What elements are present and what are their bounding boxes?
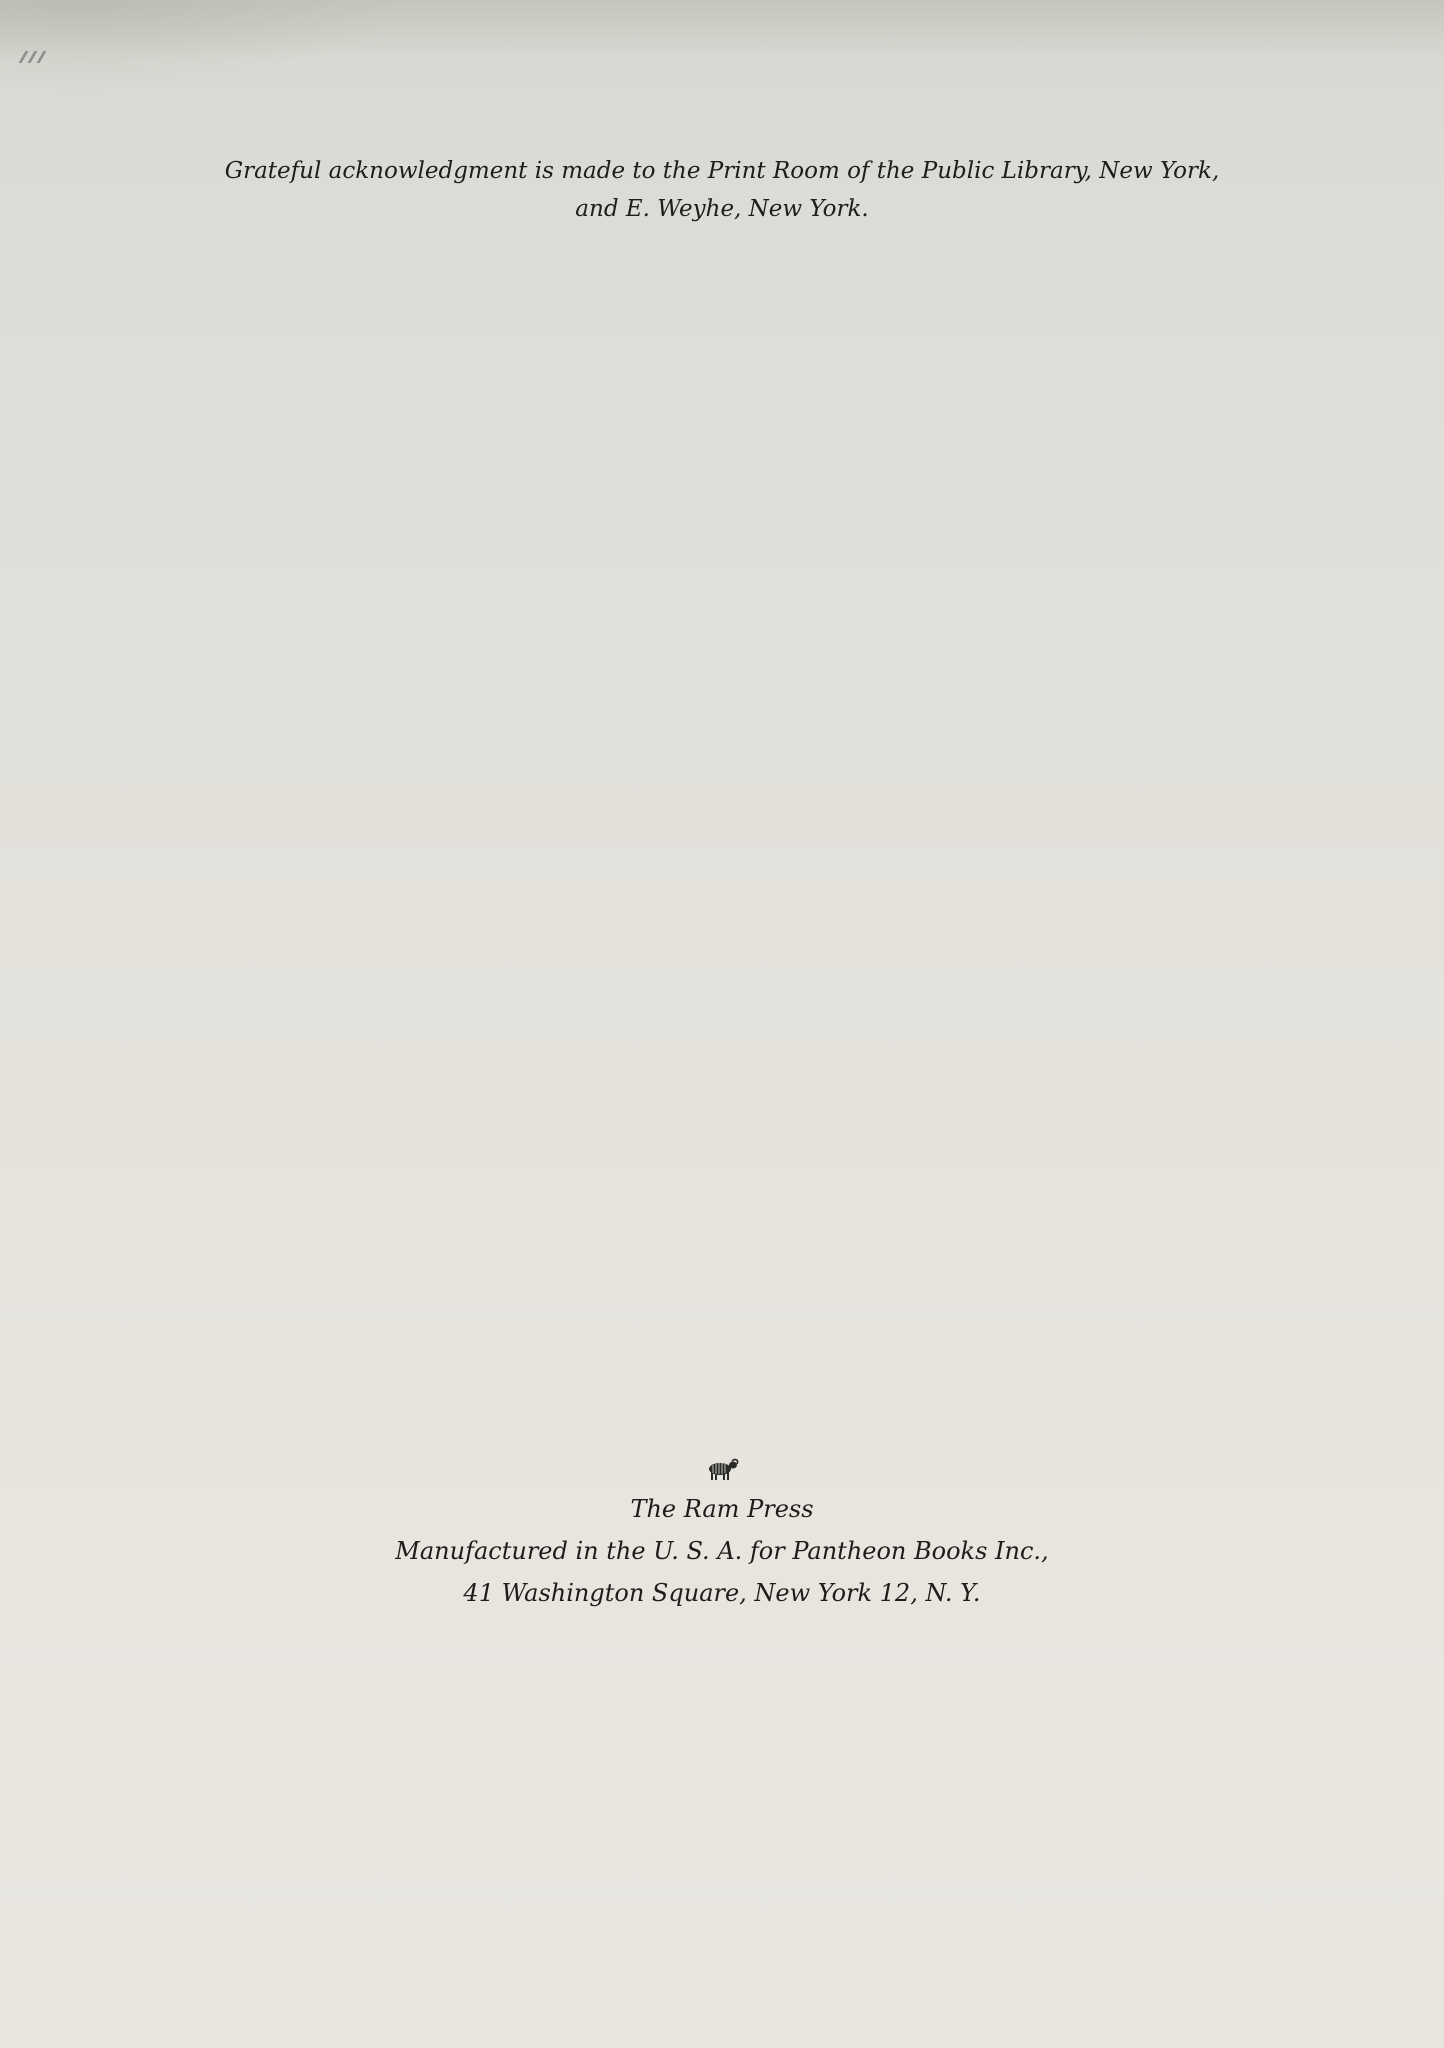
acknowledgment-line-2: and E. Weyhe, New York. bbox=[0, 190, 1444, 228]
address-line: 41 Washington Square, New York 12, N. Y. bbox=[0, 1572, 1444, 1614]
page-corner-shadow bbox=[0, 0, 400, 90]
page-top-shadow bbox=[0, 0, 1444, 60]
show-through-ghost bbox=[230, 325, 1230, 415]
imprint: The Ram Press Manufactured in the U. S. … bbox=[0, 1458, 1444, 1614]
manufactured-line: Manufactured in the U. S. A. for Pantheo… bbox=[0, 1530, 1444, 1572]
ram-icon bbox=[704, 1458, 740, 1482]
acknowledgment: Grateful acknowledgment is made to the P… bbox=[0, 152, 1444, 228]
edge-mark bbox=[22, 48, 62, 64]
acknowledgment-line-1: Grateful acknowledgment is made to the P… bbox=[0, 152, 1444, 190]
press-name: The Ram Press bbox=[0, 1488, 1444, 1530]
